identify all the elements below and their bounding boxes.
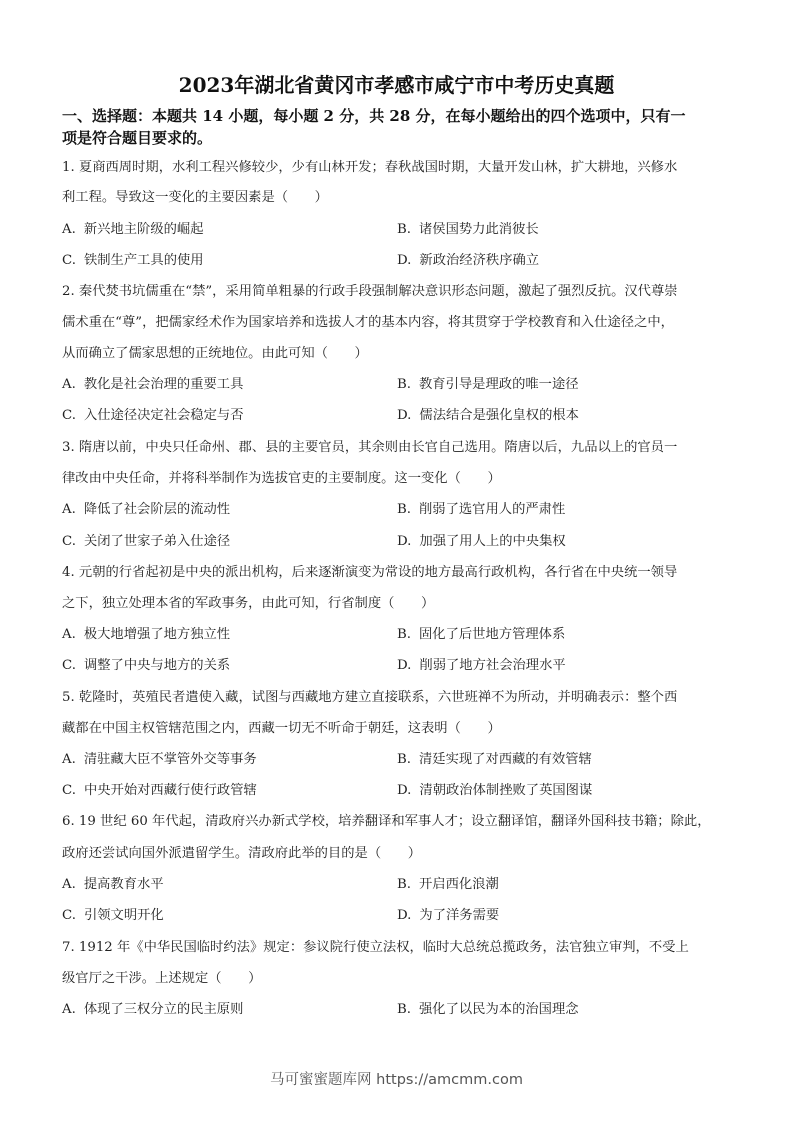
- option-b: B.诸侯国势力此消彼长: [397, 220, 539, 240]
- option-c: C.入仕途径决定社会稳定与否: [62, 406, 244, 426]
- option-text: 降低了社会阶层的流动性: [84, 502, 230, 517]
- option-letter: B.: [397, 627, 411, 642]
- question-text-line: 政府还尝试向国外派遣留学生。清政府此举的目的是（ ）: [62, 844, 421, 864]
- option-a: A.清驻藏大臣不掌管外交等事务: [62, 750, 257, 770]
- option-text: 引领文明开化: [84, 908, 164, 923]
- option-d: D.清朝政治体制挫败了英国图谋: [397, 781, 592, 801]
- question-text-line: 利工程。导致这一变化的主要因素是（ ）: [62, 188, 328, 208]
- option-letter: D.: [397, 408, 411, 423]
- option-letter: A.: [62, 502, 76, 517]
- question-text-line: 藏都在中国主权管辖范围之内，西藏一切无不听命于朝廷，这表明（ ）: [62, 719, 501, 739]
- option-a: A.提高教育水平: [62, 875, 164, 895]
- option-text: 强化了以民为本的治国理念: [419, 1002, 579, 1017]
- question-text-line: 1. 夏商西周时期，水利工程兴修较少，少有山林开发；春秋战国时期，大量开发山林，…: [62, 158, 677, 178]
- option-text: 开启西化浪潮: [419, 877, 499, 892]
- question-text-line: 级官厅之干涉。上述规定（ ）: [62, 969, 261, 989]
- question-text-line: 从而确立了儒家思想的正统地位。由此可知（ ）: [62, 344, 368, 364]
- option-letter: D.: [397, 908, 411, 923]
- section-header-line-1: 一、选择题：本题共 14 小题，每小题 2 分，共 28 分，在每小题给出的四个…: [62, 105, 686, 127]
- option-text: 清驻藏大臣不掌管外交等事务: [84, 752, 257, 767]
- option-letter: C.: [62, 658, 76, 673]
- option-b: B.固化了后世地方管理体系: [397, 625, 565, 645]
- page-title: 2023年湖北省黄冈市孝感市咸宁市中考历史真题: [0, 71, 793, 99]
- option-letter: B.: [397, 752, 411, 767]
- option-a: A.降低了社会阶层的流动性: [62, 500, 230, 520]
- option-letter: B.: [397, 222, 411, 237]
- option-c: C.铁制生产工具的使用: [62, 251, 204, 271]
- option-text: 关闭了世家子弟入仕途径: [84, 534, 230, 549]
- option-letter: A.: [62, 627, 76, 642]
- option-letter: B.: [397, 377, 411, 392]
- option-a: A.体现了三权分立的民主原则: [62, 1000, 243, 1020]
- option-letter: B.: [397, 877, 411, 892]
- option-a: A.极大地增强了地方独立性: [62, 625, 230, 645]
- option-a: A.教化是社会治理的重要工具: [62, 375, 243, 395]
- option-text: 中央开始对西藏行使行政管辖: [84, 783, 257, 798]
- option-letter: A.: [62, 222, 76, 237]
- option-b: B.强化了以民为本的治国理念: [397, 1000, 579, 1020]
- option-b: B.开启西化浪潮: [397, 875, 499, 895]
- option-text: 清朝政治体制挫败了英国图谋: [419, 783, 592, 798]
- option-letter: D.: [397, 658, 411, 673]
- option-d: D.儒法结合是强化皇权的根本: [397, 406, 579, 426]
- option-d: D.加强了用人上的中央集权: [397, 532, 566, 552]
- option-letter: A.: [62, 752, 76, 767]
- option-text: 削弱了选官用人的严肃性: [419, 502, 565, 517]
- option-text: 为了洋务需要: [419, 908, 499, 923]
- option-text: 体现了三权分立的民主原则: [84, 1002, 244, 1017]
- question-text-line: 4. 元朝的行省起初是中央的派出机构，后来逐渐演变为常设的地方最高行政机构，各行…: [62, 563, 677, 583]
- question-text-line: 儒术重在“尊”，把儒家经术作为国家培养和选拔人才的基本内容，将其贯穿于学校教育和…: [62, 313, 674, 333]
- option-letter: A.: [62, 1002, 76, 1017]
- option-text: 新政治经济秩序确立: [419, 253, 539, 268]
- option-letter: C.: [62, 783, 76, 798]
- option-letter: D.: [397, 783, 411, 798]
- footer-watermark: 马可蜜蜜题库网 https://amcmm.com: [0, 1070, 793, 1090]
- option-c: C.关闭了世家子弟入仕途径: [62, 532, 230, 552]
- option-letter: B.: [397, 502, 411, 517]
- option-text: 儒法结合是强化皇权的根本: [419, 408, 579, 423]
- option-letter: A.: [62, 377, 76, 392]
- option-a: A.新兴地主阶级的崛起: [62, 220, 204, 240]
- question-text-line: 律改由中央任命，并将科举制作为选拔官吏的主要制度。这一变化（ ）: [62, 469, 501, 489]
- question-text-line: 6. 19 世纪 60 年代起，清政府兴办新式学校，培养翻译和军事人才；设立翻译…: [62, 812, 711, 832]
- option-text: 教化是社会治理的重要工具: [84, 377, 244, 392]
- option-b: B.削弱了选官用人的严肃性: [397, 500, 565, 520]
- option-letter: D.: [397, 253, 411, 268]
- section-header-line-2: 项是符合题目要求的。: [62, 127, 212, 149]
- option-text: 清廷实现了对西藏的有效管辖: [419, 752, 592, 767]
- option-d: D.新政治经济秩序确立: [397, 251, 539, 271]
- option-letter: C.: [62, 908, 76, 923]
- option-c: C.中央开始对西藏行使行政管辖: [62, 781, 257, 801]
- option-text: 极大地增强了地方独立性: [84, 627, 230, 642]
- question-text-line: 5. 乾隆时，英殖民者遣使入藏，试图与西藏地方建立直接联系，六世班禅不为所动，并…: [62, 688, 677, 708]
- option-text: 固化了后世地方管理体系: [419, 627, 565, 642]
- option-text: 诸侯国势力此消彼长: [419, 222, 539, 237]
- option-letter: C.: [62, 253, 76, 268]
- option-letter: C.: [62, 534, 76, 549]
- question-text-line: 7. 1912 年《中华民国临时约法》规定：参议院行使立法权，临时大总统总揽政务…: [62, 938, 689, 958]
- option-b: B.清廷实现了对西藏的有效管辖: [397, 750, 592, 770]
- option-text: 调整了中央与地方的关系: [84, 658, 230, 673]
- option-text: 削弱了地方社会治理水平: [419, 658, 565, 673]
- question-text-line: 之下，独立处理本省的军政事务，由此可知，行省制度（ ）: [62, 594, 434, 614]
- option-b: B.教育引导是理政的唯一途径: [397, 375, 579, 395]
- option-letter: A.: [62, 877, 76, 892]
- option-letter: B.: [397, 1002, 411, 1017]
- option-c: C.引领文明开化: [62, 906, 164, 926]
- option-letter: C.: [62, 408, 76, 423]
- option-c: C.调整了中央与地方的关系: [62, 656, 230, 676]
- option-d: D.为了洋务需要: [397, 906, 499, 926]
- option-text: 铁制生产工具的使用: [84, 253, 204, 268]
- option-text: 提高教育水平: [84, 877, 164, 892]
- question-text-line: 2. 秦代焚书坑儒重在“禁”，采用简单粗暴的行政手段强制解决意识形态问题，激起了…: [62, 282, 678, 302]
- option-letter: D.: [397, 534, 411, 549]
- option-text: 入仕途径决定社会稳定与否: [84, 408, 244, 423]
- option-text: 加强了用人上的中央集权: [419, 534, 565, 549]
- option-d: D.削弱了地方社会治理水平: [397, 656, 566, 676]
- question-text-line: 3. 隋唐以前，中央只任命州、郡、县的主要官员，其余则由长官自己选用。隋唐以后，…: [62, 438, 677, 458]
- option-text: 新兴地主阶级的崛起: [84, 222, 204, 237]
- option-text: 教育引导是理政的唯一途径: [419, 377, 579, 392]
